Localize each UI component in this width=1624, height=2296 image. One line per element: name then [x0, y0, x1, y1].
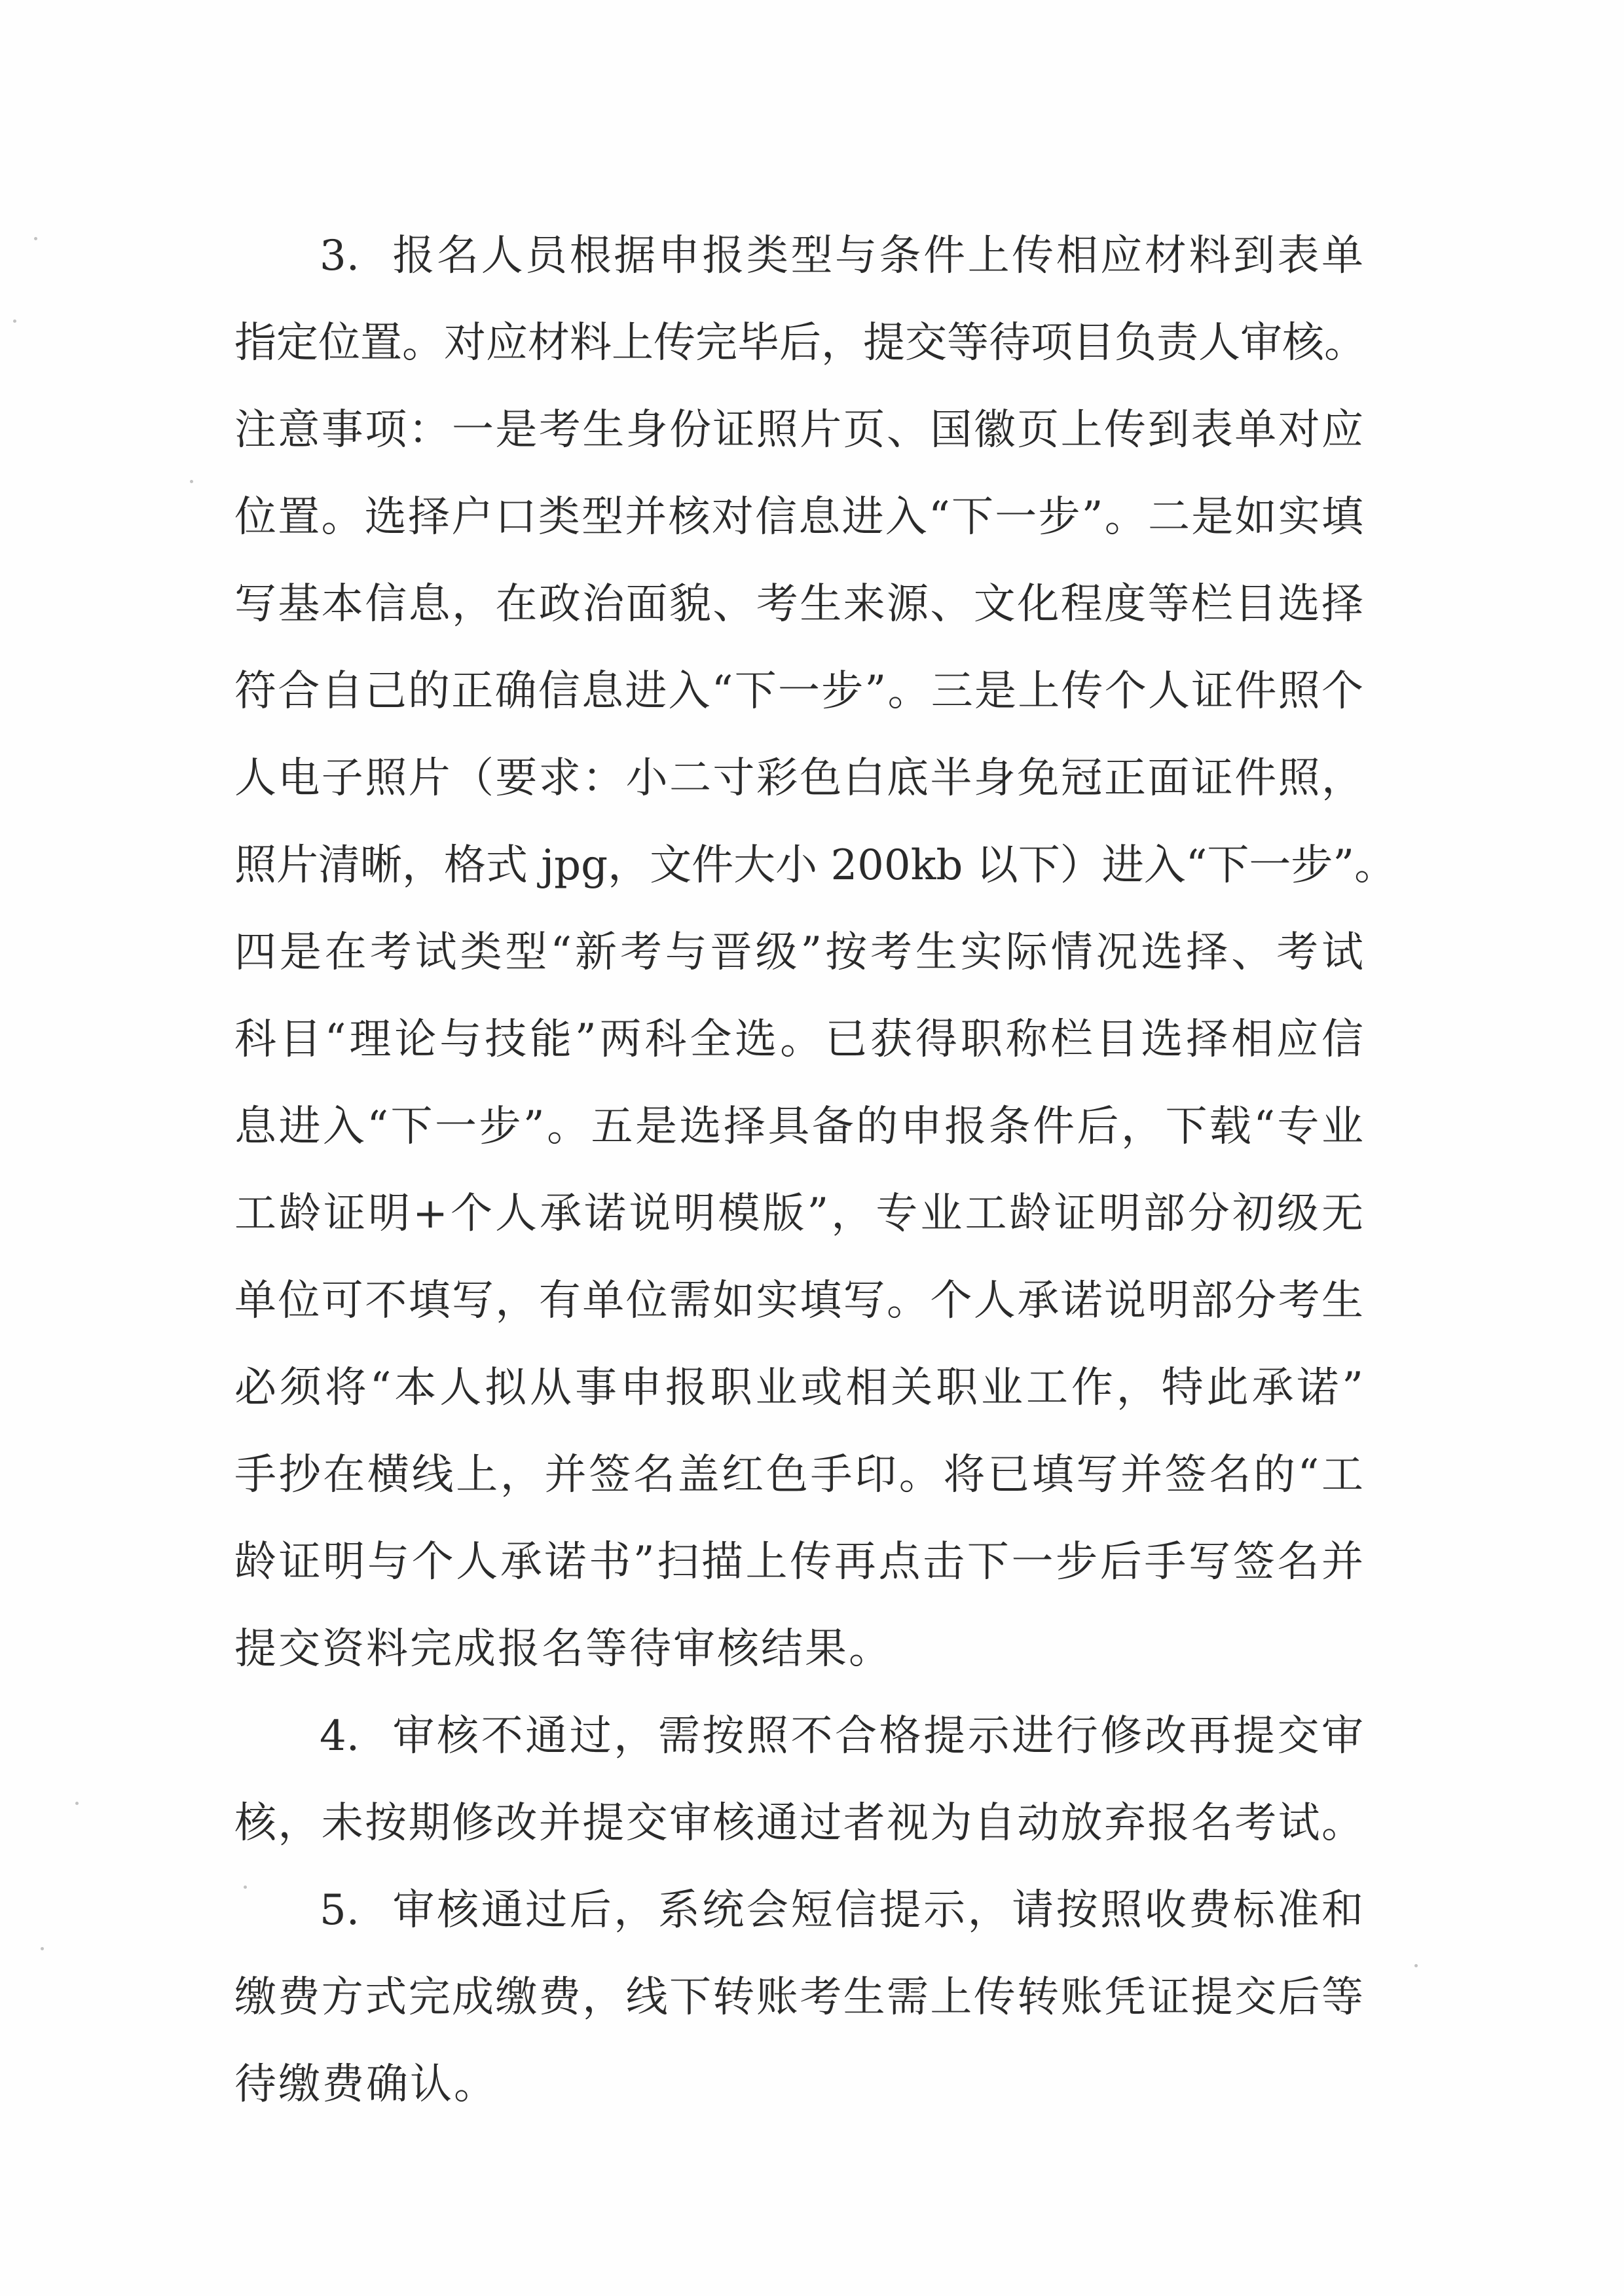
text-line: 核，未按期修改并提交审核通过者视为自动放弃报名考试。: [234, 1795, 1363, 1882]
line-text: 审核不通过，需按照不合格提示进行修改再提交审: [390, 1712, 1363, 1760]
text-line: 指定位置。对应材料上传完毕后，提交等待项目负责人审核。: [234, 315, 1363, 402]
text-line: 科目“理论与技能”两科全选。已获得职称栏目选择相应信: [234, 1011, 1363, 1099]
paragraph-item-4: 4.审核不通过，需按照不合格提示进行修改再提交审 核，未按期修改并提交审核通过者…: [234, 1708, 1363, 1882]
text-line: 人电子照片（要求：小二寸彩色白底半身免冠正面证件照，: [234, 750, 1363, 837]
item-number: 5.: [320, 1882, 390, 1939]
scan-speck: [41, 1947, 44, 1950]
text-line: 工龄证明+个人承诺说明模版”，专业工龄证明部分初级无: [234, 1186, 1363, 1273]
text-line: 写基本信息，在政治面貌、考生来源、文化程度等栏目选择: [234, 576, 1363, 663]
item-number: 4.: [320, 1708, 390, 1764]
line-text: 报名人员根据申报类型与条件上传相应材料到表单: [390, 232, 1363, 280]
text-line: 位置。选择户口类型并核对信息进入“下一步”。二是如实填: [234, 489, 1363, 576]
scan-speck: [13, 319, 16, 323]
item-number: 3.: [320, 228, 390, 284]
document-body: 3.报名人员根据申报类型与条件上传相应材料到表单 指定位置。对应材料上传完毕后，…: [234, 228, 1363, 2143]
text-line: 龄证明与个人承诺书”扫描上传再点击下一步后手写签名并: [234, 1534, 1363, 1621]
text-line: 单位可不填写，有单位需如实填写。个人承诺说明部分考生: [234, 1273, 1363, 1360]
scan-speck: [34, 237, 37, 240]
text-line: 3.报名人员根据申报类型与条件上传相应材料到表单: [234, 228, 1363, 315]
text-line: 提交资料完成报名等待审核结果。: [234, 1621, 1363, 1708]
scanned-page: 3.报名人员根据申报类型与条件上传相应材料到表单 指定位置。对应材料上传完毕后，…: [0, 0, 1624, 2296]
text-line: 5.审核通过后，系统会短信提示，请按照收费标准和: [234, 1882, 1363, 1969]
text-line: 符合自己的正确信息进入“下一步”。三是上传个人证件照个: [234, 663, 1363, 750]
text-line: 照片清晰，格式 jpg，文件大小 200kb 以下）进入“下一步”。: [234, 837, 1363, 924]
scan-speck: [1414, 1964, 1418, 1967]
line-text: 审核通过后，系统会短信提示，请按照收费标准和: [390, 1886, 1363, 1935]
text-line: 注意事项：一是考生身份证照片页、国徽页上传到表单对应: [234, 402, 1363, 489]
text-line: 缴费方式完成缴费，线下转账考生需上传转账凭证提交后等: [234, 1969, 1363, 2056]
text-line: 四是在考试类型“新考与晋级”按考生实际情况选择、考试: [234, 924, 1363, 1011]
paragraph-item-5: 5.审核通过后，系统会短信提示，请按照收费标准和 缴费方式完成缴费，线下转账考生…: [234, 1882, 1363, 2143]
text-line: 必须将“本人拟从事申报职业或相关职业工作，特此承诺”: [234, 1360, 1363, 1447]
text-line: 息进入“下一步”。五是选择具备的申报条件后，下载“专业: [234, 1099, 1363, 1186]
scan-speck: [190, 480, 193, 483]
text-line: 待缴费确认。: [234, 2056, 1363, 2143]
scan-speck: [75, 1802, 79, 1805]
text-line: 4.审核不通过，需按照不合格提示进行修改再提交审: [234, 1708, 1363, 1795]
text-line: 手抄在横线上，并签名盖红色手印。将已填写并签名的“工: [234, 1447, 1363, 1534]
paragraph-item-3: 3.报名人员根据申报类型与条件上传相应材料到表单 指定位置。对应材料上传完毕后，…: [234, 228, 1363, 1708]
